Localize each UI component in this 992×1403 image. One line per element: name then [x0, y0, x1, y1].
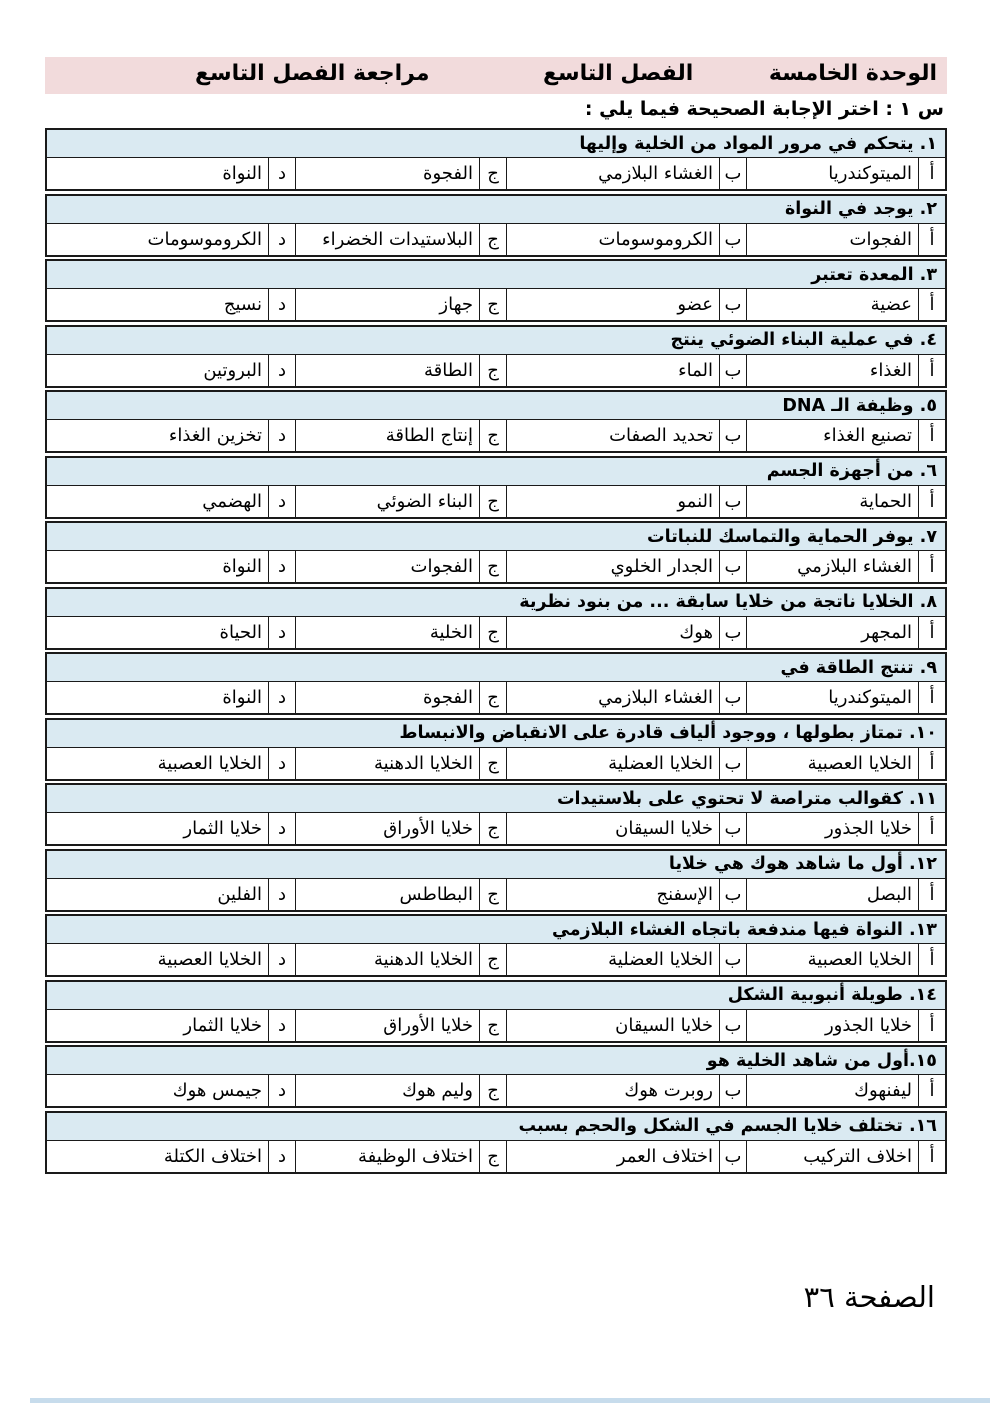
- option-letter: ب: [719, 682, 746, 713]
- option-letter: أ: [918, 682, 945, 713]
- question-block: ٦. من أجهزة الجسمأالحمايةبالنموجالبناء ا…: [45, 456, 947, 519]
- option-letter: أ: [918, 944, 945, 975]
- option-letter: ج: [479, 748, 506, 779]
- option-text: الخلايا العضلية: [506, 748, 719, 779]
- option-text: جيمس هوك: [47, 1075, 268, 1106]
- option-letter: ج: [479, 289, 506, 320]
- option-letter: د: [268, 486, 295, 517]
- question-text-row: ٦. من أجهزة الجسم: [47, 458, 945, 486]
- option-letter: ب: [719, 420, 746, 451]
- option-letter: أ: [918, 289, 945, 320]
- option-text: الخلايا الدهنية: [295, 944, 479, 975]
- question-block: ١٤. طويلة أنبوبية الشكلأخلايا الجذوربخلا…: [45, 980, 947, 1043]
- option-text: البطاطس: [295, 879, 479, 910]
- option-text: خلايا السيقان: [506, 1010, 719, 1041]
- question-text: ٥. وظيفة الـ DNA: [782, 396, 937, 416]
- option-text: اختلاف الوظيفة: [295, 1141, 479, 1172]
- option-text: خلايا الأوراق: [295, 813, 479, 844]
- question-block: ١٦. تختلف خلايا الجسم في الشكل والحجم بس…: [45, 1111, 947, 1174]
- question-text: ١٥.أول من شاهد الخلية هو: [707, 1051, 937, 1071]
- question-text-row: ٣. المعدة تعتبر: [47, 261, 945, 289]
- option-letter: ب: [719, 879, 746, 910]
- question-block: ٧. يوفر الحماية والتماسك للنباتاتأالغشاء…: [45, 521, 947, 584]
- option-letter: ب: [719, 1141, 746, 1172]
- question-text-row: ١. يتحكم في مرور المواد من الخلية وإليها: [47, 130, 945, 158]
- option-letter: ب: [719, 748, 746, 779]
- option-text: خلايا الثمار: [47, 1010, 268, 1041]
- question-block: ٣. المعدة تعتبرأعضيةبعضوججهازدنسيج: [45, 259, 947, 322]
- question-block: ٥. وظيفة الـ DNAأتصنيع الغذاءبتحديد الصف…: [45, 390, 947, 453]
- question-text: ٦. من أجهزة الجسم: [767, 461, 937, 481]
- question-text: ١١. كقوالب متراصة لا تحتوي على بلاستيدات: [557, 789, 937, 809]
- option-letter: د: [268, 289, 295, 320]
- question-block: ١٢. أول ما شاهد هوك هي خلاياأالبصلبالإسف…: [45, 849, 947, 912]
- question-block: ٤. في عملية البناء الضوئي ينتجأالغذاءبال…: [45, 325, 947, 388]
- question-text-row: ٧. يوفر الحماية والتماسك للنباتات: [47, 523, 945, 551]
- option-letter: أ: [918, 617, 945, 648]
- question-text-row: ٩. تنتج الطاقة في: [47, 654, 945, 682]
- option-text: الفجوة: [295, 158, 479, 189]
- option-text: اخلاف التركيب: [746, 1141, 918, 1172]
- question-text: ٢. يوجد في النواة: [785, 199, 937, 219]
- question-block: ٩. تنتج الطاقة فيأالميتوكندريابالغشاء ال…: [45, 652, 947, 715]
- option-letter: ب: [719, 551, 746, 582]
- option-letter: ب: [719, 944, 746, 975]
- option-text: الماء: [506, 355, 719, 386]
- option-letter: ج: [479, 355, 506, 386]
- option-letter: أ: [918, 420, 945, 451]
- option-text: الحياة: [47, 617, 268, 648]
- option-letter: ج: [479, 879, 506, 910]
- question-text-row: ١٠. تمتاز بطولها ، ووجود ألياف قادرة على…: [47, 720, 945, 748]
- worksheet-page: الوحدة الخامسة الفصل التاسع مراجعة الفصل…: [0, 0, 992, 1403]
- option-text: البصل: [746, 879, 918, 910]
- option-letter: د: [268, 748, 295, 779]
- title-bar: الوحدة الخامسة الفصل التاسع مراجعة الفصل…: [45, 57, 947, 94]
- option-letter: ب: [719, 224, 746, 255]
- option-letter: د: [268, 1075, 295, 1106]
- option-text: الخلايا الدهنية: [295, 748, 479, 779]
- option-letter: ج: [479, 420, 506, 451]
- option-letter: أ: [918, 879, 945, 910]
- question-block: ١٣. النواة فيها مندفعة باتجاه الغشاء الب…: [45, 914, 947, 977]
- question-block: ١. يتحكم في مرور المواد من الخلية وإليها…: [45, 128, 947, 191]
- answer-options-row: أالحمايةبالنموجالبناء الضوئيدالهضمي: [47, 486, 945, 517]
- option-text: الميتوكندريا: [746, 682, 918, 713]
- option-text: ليفنهوك: [746, 1075, 918, 1106]
- question-instruction: س ١ : اختر الإجابة الصحيحة فيما يلي :: [585, 98, 944, 120]
- chapter-title: الفصل التاسع: [543, 61, 693, 86]
- question-text-row: ١٢. أول ما شاهد هوك هي خلايا: [47, 851, 945, 879]
- option-text: جهاز: [295, 289, 479, 320]
- option-text: الخلية: [295, 617, 479, 648]
- answer-options-row: أتصنيع الغذاءبتحديد الصفاتجإنتاج الطاقةد…: [47, 420, 945, 451]
- option-text: روبرت هوك: [506, 1075, 719, 1106]
- question-block: ١٥.أول من شاهد الخلية هوأليفنهوكبروبرت ه…: [45, 1045, 947, 1108]
- question-text: ١٦. تختلف خلايا الجسم في الشكل والحجم بس…: [518, 1116, 937, 1136]
- bottom-accent-bar: [30, 1398, 990, 1403]
- review-title: مراجعة الفصل التاسع: [195, 61, 429, 86]
- option-text: خلايا الثمار: [47, 813, 268, 844]
- option-letter: د: [268, 682, 295, 713]
- option-letter: ب: [719, 289, 746, 320]
- option-text: الخلايا العضلية: [506, 944, 719, 975]
- answer-options-row: أالخلايا العصبيةبالخلايا العضليةجالخلايا…: [47, 748, 945, 779]
- option-text: الخلايا العصبية: [47, 944, 268, 975]
- option-letter: أ: [918, 813, 945, 844]
- option-text: الفجوات: [746, 224, 918, 255]
- option-text: إنتاج الطاقة: [295, 420, 479, 451]
- question-text-row: ١٥.أول من شاهد الخلية هو: [47, 1047, 945, 1075]
- option-letter: د: [268, 1141, 295, 1172]
- answer-options-row: أخلايا الجذوربخلايا السيقانجخلايا الأورا…: [47, 1010, 945, 1041]
- question-text-row: ٢. يوجد في النواة: [47, 196, 945, 224]
- option-text: الغشاء البلازمي: [506, 682, 719, 713]
- option-text: تخزين الغذاء: [47, 420, 268, 451]
- unit-title: الوحدة الخامسة: [769, 61, 937, 86]
- answer-options-row: أالفجواتبالكروموسوماتجالبلاستيدات الخضرا…: [47, 224, 945, 255]
- question-block: ٢. يوجد في النواةأالفجواتبالكروموسوماتجا…: [45, 194, 947, 257]
- option-text: البلاستيدات الخضراء: [295, 224, 479, 255]
- option-letter: أ: [918, 1010, 945, 1041]
- answer-options-row: أالغشاء البلازميبالجدار الخلويجالفجواتدا…: [47, 551, 945, 582]
- option-text: النواة: [47, 158, 268, 189]
- option-letter: أ: [918, 224, 945, 255]
- question-text-row: ٨. الخلايا ناتجة من خلايا سابقة ... من ب…: [47, 589, 945, 617]
- option-letter: ج: [479, 486, 506, 517]
- answer-options-row: أالغذاءبالماءجالطاقةدالبروتين: [47, 355, 945, 386]
- option-letter: ج: [479, 682, 506, 713]
- option-letter: ب: [719, 813, 746, 844]
- question-text: ٤. في عملية البناء الضوئي ينتج: [671, 330, 937, 350]
- option-text: اختلاف العمر: [506, 1141, 719, 1172]
- option-letter: ب: [719, 486, 746, 517]
- option-letter: ب: [719, 1010, 746, 1041]
- option-text: الكروموسومات: [47, 224, 268, 255]
- answer-options-row: أخلايا الجذوربخلايا السيقانجخلايا الأورا…: [47, 813, 945, 844]
- option-letter: د: [268, 944, 295, 975]
- answer-options-row: أالميتوكندريابالغشاء البلازميجالفجوةدالن…: [47, 682, 945, 713]
- option-text: الغشاء البلازمي: [506, 158, 719, 189]
- answer-options-row: أالبصلبالإسفنججالبطاطسدالفلين: [47, 879, 945, 910]
- option-text: الغشاء البلازمي: [746, 551, 918, 582]
- question-text: ٣. المعدة تعتبر: [811, 265, 937, 285]
- option-text: الميتوكندريا: [746, 158, 918, 189]
- option-text: الكروموسومات: [506, 224, 719, 255]
- option-text: النمو: [506, 486, 719, 517]
- option-text: الهضمي: [47, 486, 268, 517]
- option-text: الحماية: [746, 486, 918, 517]
- question-text: ١٢. أول ما شاهد هوك هي خلايا: [669, 854, 937, 874]
- option-letter: ب: [719, 355, 746, 386]
- option-letter: ب: [719, 158, 746, 189]
- question-text-row: ١٤. طويلة أنبوبية الشكل: [47, 982, 945, 1010]
- option-letter: أ: [918, 158, 945, 189]
- option-text: وليم هوك: [295, 1075, 479, 1106]
- option-letter: أ: [918, 355, 945, 386]
- option-text: عضية: [746, 289, 918, 320]
- option-letter: ج: [479, 1010, 506, 1041]
- option-text: الطاقة: [295, 355, 479, 386]
- option-letter: أ: [918, 1141, 945, 1172]
- option-text: نسيج: [47, 289, 268, 320]
- answer-options-row: أالميتوكندريابالغشاء البلازميجالفجوةدالن…: [47, 158, 945, 189]
- option-letter: د: [268, 813, 295, 844]
- option-letter: ج: [479, 1075, 506, 1106]
- option-text: الإسفنج: [506, 879, 719, 910]
- option-text: خلايا السيقان: [506, 813, 719, 844]
- option-text: النواة: [47, 682, 268, 713]
- option-letter: ج: [479, 224, 506, 255]
- answer-options-row: أالمجهربهوكجالخليةدالحياة: [47, 617, 945, 648]
- option-text: الفجوة: [295, 682, 479, 713]
- option-letter: ج: [479, 158, 506, 189]
- option-text: تصنيع الغذاء: [746, 420, 918, 451]
- answer-options-row: أالخلايا العصبيةبالخلايا العضليةجالخلايا…: [47, 944, 945, 975]
- answer-options-row: أاخلاف التركيبباختلاف العمرجاختلاف الوظي…: [47, 1141, 945, 1172]
- option-text: خلايا الجذور: [746, 813, 918, 844]
- question-text-row: ١٣. النواة فيها مندفعة باتجاه الغشاء الب…: [47, 916, 945, 944]
- question-text: ٩. تنتج الطاقة في: [780, 658, 937, 678]
- option-text: الفلين: [47, 879, 268, 910]
- option-text: عضو: [506, 289, 719, 320]
- option-text: الفجوات: [295, 551, 479, 582]
- option-letter: ج: [479, 1141, 506, 1172]
- option-letter: د: [268, 420, 295, 451]
- answer-options-row: أليفنهوكبروبرت هوكجوليم هوكدجيمس هوك: [47, 1075, 945, 1106]
- option-text: الخلايا العصبية: [746, 944, 918, 975]
- option-letter: أ: [918, 748, 945, 779]
- option-letter: ب: [719, 617, 746, 648]
- option-letter: د: [268, 879, 295, 910]
- option-letter: د: [268, 551, 295, 582]
- option-text: خلايا الجذور: [746, 1010, 918, 1041]
- question-text: ٧. يوفر الحماية والتماسك للنباتات: [647, 527, 937, 547]
- option-text: الغذاء: [746, 355, 918, 386]
- option-text: المجهر: [746, 617, 918, 648]
- question-text-row: ٤. في عملية البناء الضوئي ينتج: [47, 327, 945, 355]
- option-letter: د: [268, 1010, 295, 1041]
- option-text: النواة: [47, 551, 268, 582]
- option-letter: د: [268, 158, 295, 189]
- option-text: البروتين: [47, 355, 268, 386]
- option-text: الخلايا العصبية: [746, 748, 918, 779]
- question-text: ١. يتحكم في مرور المواد من الخلية وإليها: [579, 134, 937, 154]
- option-letter: ج: [479, 813, 506, 844]
- option-letter: ب: [719, 1075, 746, 1106]
- question-block: ٨. الخلايا ناتجة من خلايا سابقة ... من ب…: [45, 587, 947, 650]
- option-text: تحديد الصفات: [506, 420, 719, 451]
- option-text: خلايا الأوراق: [295, 1010, 479, 1041]
- option-text: اختلاف الكتلة: [47, 1141, 268, 1172]
- option-letter: أ: [918, 551, 945, 582]
- option-letter: د: [268, 617, 295, 648]
- question-text: ١٠. تمتاز بطولها ، ووجود ألياف قادرة على…: [399, 723, 937, 743]
- option-text: البناء الضوئي: [295, 486, 479, 517]
- option-letter: ج: [479, 617, 506, 648]
- option-letter: د: [268, 224, 295, 255]
- question-block: ١١. كقوالب متراصة لا تحتوي على بلاستيدات…: [45, 783, 947, 846]
- option-letter: ج: [479, 944, 506, 975]
- option-letter: أ: [918, 1075, 945, 1106]
- option-letter: د: [268, 355, 295, 386]
- question-text: ٨. الخلايا ناتجة من خلايا سابقة ... من ب…: [519, 592, 937, 612]
- question-text-row: ١١. كقوالب متراصة لا تحتوي على بلاستيدات: [47, 785, 945, 813]
- option-letter: ج: [479, 551, 506, 582]
- question-text: ١٣. النواة فيها مندفعة باتجاه الغشاء الب…: [552, 920, 937, 940]
- question-text: ١٤. طويلة أنبوبية الشكل: [728, 985, 937, 1005]
- quiz-table: ١. يتحكم في مرور المواد من الخلية وإليها…: [45, 128, 947, 1176]
- question-text-row: ١٦. تختلف خلايا الجسم في الشكل والحجم بس…: [47, 1113, 945, 1141]
- question-text-row: ٥. وظيفة الـ DNA: [47, 392, 945, 420]
- option-text: هوك: [506, 617, 719, 648]
- question-block: ١٠. تمتاز بطولها ، ووجود ألياف قادرة على…: [45, 718, 947, 781]
- option-letter: أ: [918, 486, 945, 517]
- page-number: الصفحة ٣٦: [804, 1280, 935, 1314]
- answer-options-row: أعضيةبعضوججهازدنسيج: [47, 289, 945, 320]
- option-text: الخلايا العصبية: [47, 748, 268, 779]
- option-text: الجدار الخلوي: [506, 551, 719, 582]
